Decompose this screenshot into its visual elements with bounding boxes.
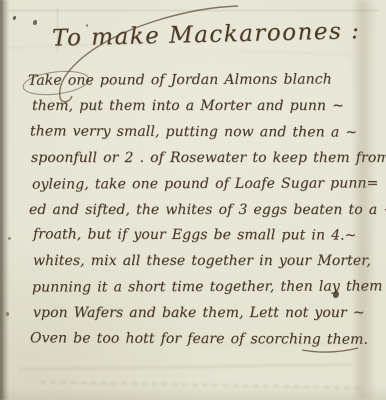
recipe-line: ed and sifted, the whites of 3 eggs beat…: [29, 198, 370, 224]
ink-speck: [33, 20, 37, 25]
recipe-line: them, put them into a Morter and punn ~: [32, 94, 370, 120]
manuscript-page: To make Mackaroones : Take one pound of …: [0, 0, 386, 400]
page-edge-shadow-left: [0, 0, 8, 400]
recipe-line: froath, but if your Eggs be small put in…: [33, 223, 370, 250]
recipe-line: punning it a short time together, then l…: [32, 275, 370, 302]
recipe-line: Take one pound of Jordan Almons blanch: [28, 67, 370, 94]
show-through-writing: [240, 50, 350, 56]
show-through-writing: [20, 364, 350, 371]
recipe-line: Oven be too hott for feare of scorching …: [30, 326, 370, 353]
show-through-writing: [40, 381, 360, 389]
ink-speck: [86, 24, 88, 27]
recipe-line: them verry small, putting now and then a…: [30, 119, 370, 146]
recipe-line: oyleing, take one pound of Loafe Sugar p…: [32, 171, 370, 198]
recipe-line: vpon Wafers and bake them, Lett not your…: [33, 301, 370, 327]
ink-speck: [8, 237, 11, 240]
ink-speck: [6, 312, 9, 316]
recipe-line: whites, mix all these together in your M…: [33, 249, 370, 275]
recipe-title: To make Mackaroones :: [52, 18, 353, 51]
recipe-body: Take one pound of Jordan Almons blanch t…: [30, 68, 370, 353]
ink-speck: [12, 16, 16, 21]
recipe-line: spoonfull or 2 . of Rosewater to keep th…: [31, 146, 370, 172]
ruled-guide-line-horizontal: [6, 10, 378, 11]
